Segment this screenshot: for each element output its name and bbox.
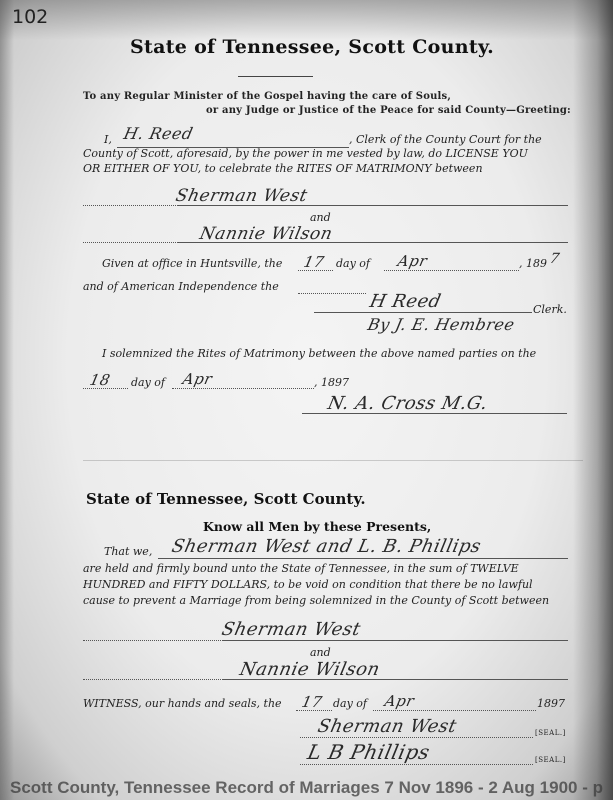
license-bride-name: Nannie Wilson bbox=[198, 224, 335, 244]
witness-month-line bbox=[373, 710, 536, 711]
solemnized-day-of-label: day of bbox=[131, 376, 165, 389]
clerk-signature-line bbox=[314, 312, 532, 313]
given-year-prefix: , 189 bbox=[519, 257, 547, 270]
officiant-signature: N. A. Cross M.G. bbox=[326, 393, 490, 414]
witness-day: 17 bbox=[300, 693, 324, 711]
independence-label: and of American Independence the bbox=[83, 280, 279, 293]
bond-bride-name: Nannie Wilson bbox=[238, 659, 382, 680]
scan-shadow-right bbox=[573, 0, 613, 800]
bride-line-left bbox=[83, 242, 178, 243]
independence-line bbox=[298, 293, 366, 294]
page-number: 102 bbox=[12, 6, 48, 28]
bond-body-line-1: are held and firmly bound unto the State… bbox=[83, 562, 519, 575]
scan-shadow-top bbox=[0, 0, 613, 40]
given-label: Given at office in Huntsville, the bbox=[102, 257, 282, 270]
clerk-text: , Clerk of the County Court for the bbox=[349, 133, 542, 146]
solemnized-year: , 1897 bbox=[314, 376, 349, 389]
salutation-line-1: To any Regular Minister of the Gospel ha… bbox=[83, 91, 451, 102]
solemnized-month-line bbox=[172, 388, 314, 389]
archive-caption: Scott County, Tennessee Record of Marria… bbox=[10, 778, 603, 798]
given-month-line bbox=[384, 270, 519, 271]
bond-body-line-2: HUNDRED and FIFTY DOLLARS, to be void on… bbox=[83, 578, 533, 591]
title-divider bbox=[238, 72, 313, 77]
obligors-line bbox=[158, 558, 568, 559]
given-day-of-label: day of bbox=[336, 257, 370, 270]
salutation-line-2: or any Judge or Justice of the Peace for… bbox=[206, 105, 571, 116]
seal-label-2: [SEAL.] bbox=[535, 756, 566, 764]
deputy-signature: By J. E. Hembree bbox=[366, 315, 517, 334]
bond-title: State of Tennessee, Scott County. bbox=[86, 490, 366, 508]
license-body-text-3: OR EITHER OF YOU, to celebrate the RITES… bbox=[83, 162, 483, 175]
groom-line-left bbox=[83, 205, 178, 206]
that-we-label: That we, bbox=[104, 545, 152, 558]
bond-obligors: Sherman West and L. B. Phillips bbox=[170, 536, 483, 557]
bond-signature-1: Sherman West bbox=[316, 716, 459, 737]
i-label: I, bbox=[104, 133, 112, 146]
clerk-name-handwritten: H. Reed bbox=[122, 124, 195, 143]
witness-label: WITNESS, our hands and seals, the bbox=[83, 697, 282, 710]
clerk-signature: H Reed bbox=[368, 291, 443, 312]
witness-day-of-label: day of bbox=[333, 697, 367, 710]
license-body-text-2: County of Scott, aforesaid, by the power… bbox=[83, 147, 528, 160]
bond-signature-2: L B Phillips bbox=[305, 740, 432, 764]
witness-year: 1897 bbox=[537, 697, 565, 710]
given-year-suffix: 7 bbox=[548, 251, 561, 267]
bond-groom-line-left bbox=[83, 640, 223, 641]
document-page: 102 State of Tennessee, Scott County. To… bbox=[0, 0, 613, 800]
license-title: State of Tennessee, Scott County. bbox=[130, 36, 494, 58]
solemnized-month: Apr bbox=[181, 370, 214, 388]
seal-label-1: [SEAL.] bbox=[535, 729, 566, 737]
bond-groom-line bbox=[223, 640, 568, 641]
signature2-line bbox=[300, 764, 533, 765]
bond-groom-name: Sherman West bbox=[220, 619, 363, 640]
witness-month: Apr bbox=[383, 692, 416, 710]
solemnized-day: 18 bbox=[88, 371, 112, 389]
clerk-label: Clerk. bbox=[533, 303, 567, 316]
bond-know-all: Know all Men by these Presents, bbox=[203, 519, 431, 534]
signature1-line bbox=[300, 737, 533, 738]
given-day: 17 bbox=[302, 253, 326, 271]
solemnized-label: I solemnized the Rites of Matrimony betw… bbox=[102, 347, 536, 360]
bond-body-line-3: cause to prevent a Marriage from being s… bbox=[83, 594, 549, 607]
section-divider bbox=[83, 460, 583, 461]
license-groom-name: Sherman West bbox=[174, 186, 309, 206]
license-body-line-2: County of Scott, aforesaid, by the power… bbox=[83, 147, 528, 160]
license-body-line-3: OR EITHER OF YOU, to celebrate the RITES… bbox=[83, 162, 483, 175]
license-and-label: and bbox=[310, 211, 331, 224]
bond-bride-line-left bbox=[83, 679, 223, 680]
given-month: Apr bbox=[396, 252, 429, 270]
bond-and-label: and bbox=[310, 646, 331, 659]
scan-shadow-left bbox=[0, 0, 14, 800]
